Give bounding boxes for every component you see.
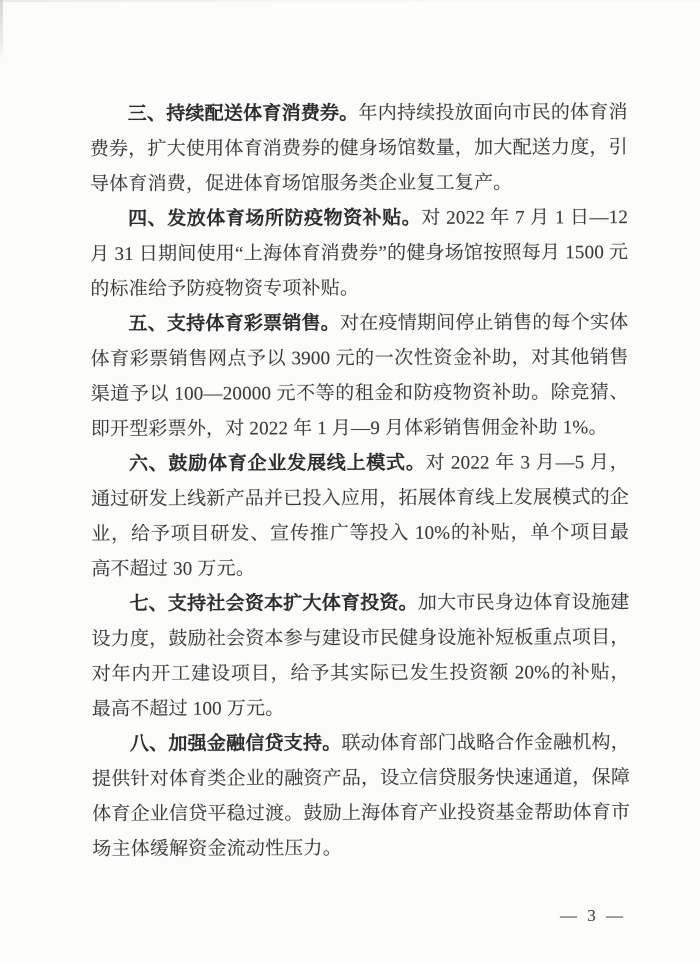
document-body: 三、持续配送体育消费券。年内持续投放面向市民的体育消费券，扩大使用体育消费券的健… [90,95,631,867]
page-number: — 3 — [560,906,626,926]
policy-paragraph-6: 六、鼓励体育企业发展线上模式。对 2022 年 3 月—5 月，通过研发上线新产… [91,445,629,587]
policy-paragraph-8: 八、加强金融信贷支持。联动体育部门战略合作金融机构，提供针对体育类企业的融资产品… [92,725,630,867]
paragraph-heading: 八、加强金融信贷支持。 [130,733,342,755]
policy-paragraph-3: 三、持续配送体育消费券。年内持续投放面向市民的体育消费券，扩大使用体育消费券的健… [90,95,628,202]
scan-edge-top-artifact [0,0,700,2]
policy-paragraph-5: 五、支持体育彩票销售。对在疫情期间停止销售的每个实体体育彩票销售网点予以 390… [90,305,628,447]
document-page: 三、持续配送体育消费券。年内持续投放面向市民的体育消费券，扩大使用体育消费券的健… [0,0,700,962]
paragraph-heading: 三、持续配送体育消费券。 [128,103,359,125]
paragraph-heading: 五、支持体育彩票销售。 [128,313,340,335]
policy-paragraph-7: 七、支持社会资本扩大体育投资。加大市民身边体育设施建设力度，鼓励社会资本参与建设… [91,585,629,727]
paragraph-heading: 四、发放体育场所防疫物资补贴。 [128,208,421,230]
paragraph-heading: 七、支持社会资本扩大体育投资。 [129,593,418,615]
scan-edge-left-artifact [0,0,3,60]
paragraph-heading: 六、鼓励体育企业发展线上模式。 [129,453,426,475]
policy-paragraph-4: 四、发放体育场所防疫物资补贴。对 2022 年 7 月 1 日—12 月 31 … [90,200,628,307]
